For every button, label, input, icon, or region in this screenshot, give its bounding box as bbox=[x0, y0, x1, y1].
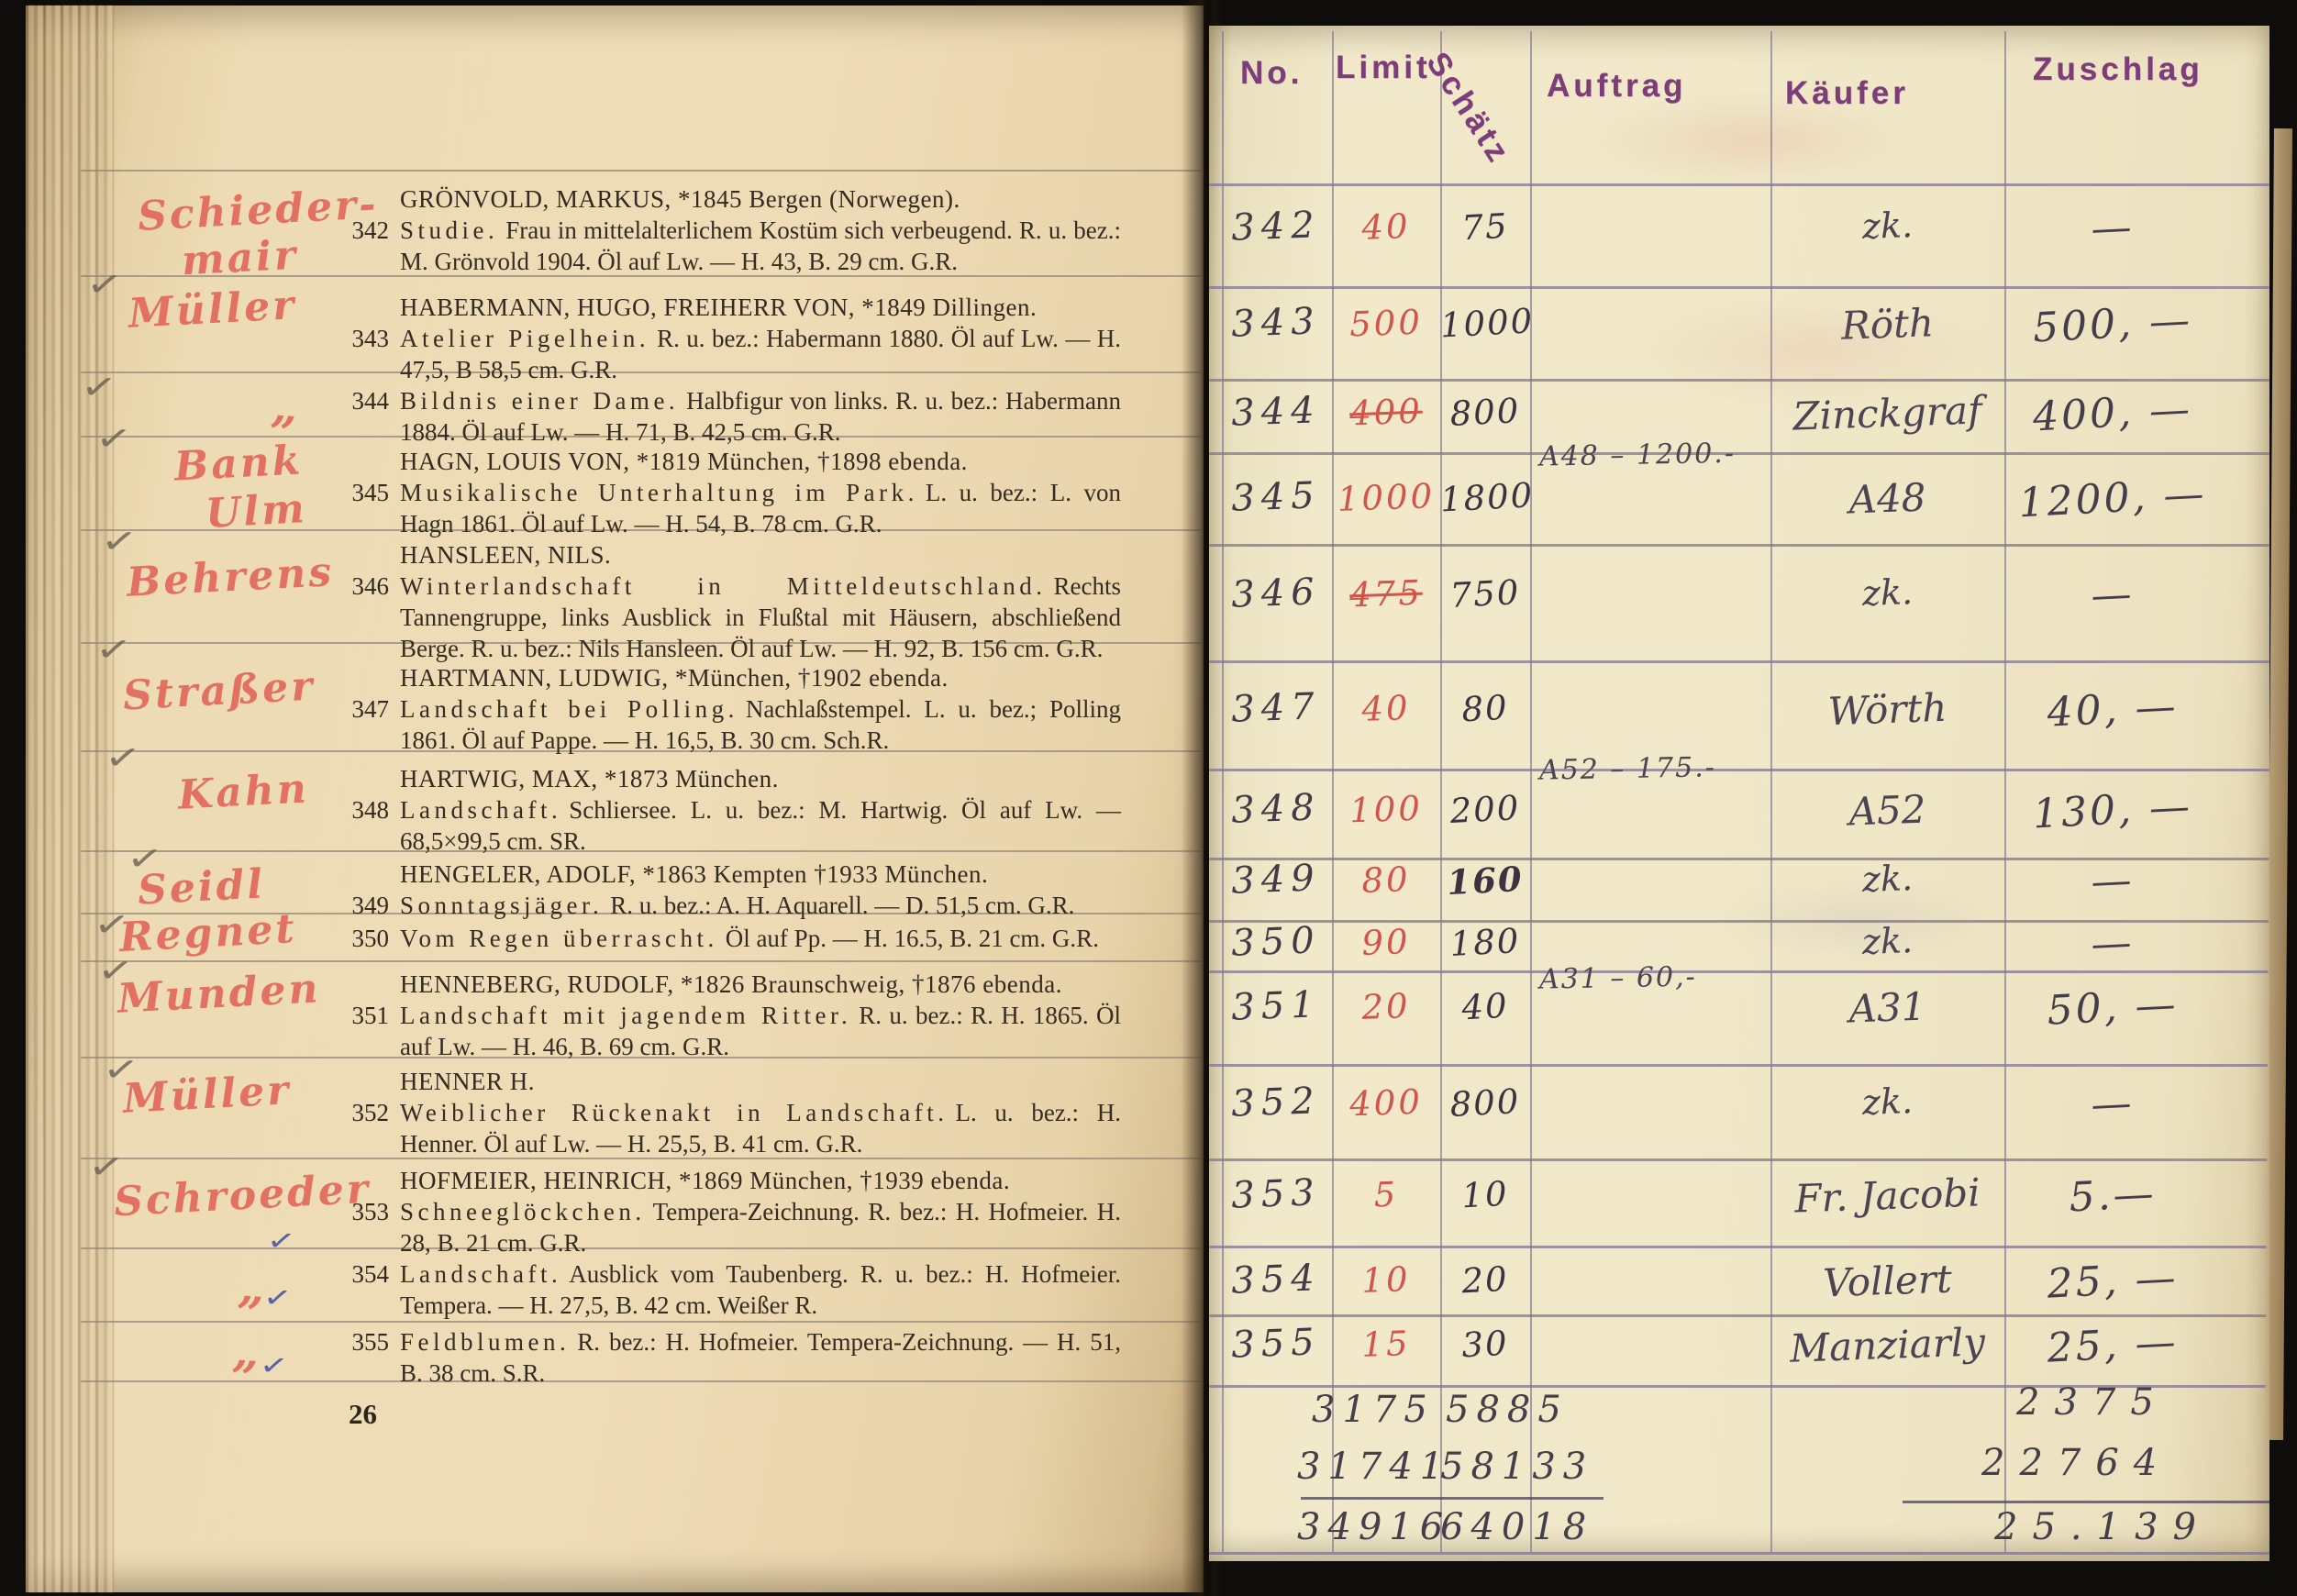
cell-limit: 20 bbox=[1331, 985, 1440, 1028]
margin-buyer-name: Straßer bbox=[122, 663, 316, 720]
cell-limit: 475 bbox=[1331, 572, 1440, 615]
margin-buyer-name: Ulm bbox=[205, 485, 308, 538]
entry-description: 345Musikalische Unterhaltung im Park.L. … bbox=[400, 477, 1121, 539]
catalog-entry: HARTWIG, MAX, *1873 München.348Landschaf… bbox=[400, 763, 1121, 857]
entry-details: Frau in mittelalterlichem Kostüm sich ve… bbox=[400, 216, 1121, 275]
entry-description: 352Weiblicher Rückenakt in Landschaft.L.… bbox=[400, 1097, 1121, 1159]
entry-title: Vom Regen überrascht. bbox=[400, 925, 718, 952]
cell-limit: 1000 bbox=[1331, 476, 1440, 519]
entry-description: 353Schneeglöckchen.Tempera-Zeichnung. R.… bbox=[400, 1196, 1121, 1258]
entry-artist-line: HENGELER, ADOLF, *1863 Kempten †1933 Mün… bbox=[400, 859, 1121, 890]
catalog-entry: HAGN, LOUIS VON, *1819 München, †1898 eb… bbox=[400, 446, 1121, 539]
grid-line-v bbox=[2004, 31, 2006, 1552]
grid-line-h bbox=[1209, 1552, 2269, 1555]
entry-title: Winterlandschaft in Mitteldeutschland. bbox=[400, 572, 1047, 600]
entry-lot-number: 350 bbox=[327, 923, 389, 954]
catalog-entry: 355Feldblumen.R. bez.: H. Hofmeier. Temp… bbox=[400, 1326, 1121, 1389]
cell-schatz: 10 bbox=[1439, 1172, 1531, 1216]
grid-line-h bbox=[1209, 1064, 2269, 1067]
entry-details: Öl auf Pp. — H. 16.5, B. 21 cm. G.R. bbox=[726, 925, 1099, 952]
cell-no: 353 bbox=[1221, 1171, 1331, 1217]
cell-no: 350 bbox=[1221, 919, 1331, 965]
cell-limit: 40 bbox=[1331, 687, 1440, 730]
cell-no: 347 bbox=[1221, 685, 1331, 731]
margin-buyer-name: Seidl bbox=[137, 860, 266, 914]
schatz-grand-total: 64018 bbox=[1440, 1506, 1593, 1548]
cell-schatz: 800 bbox=[1439, 1081, 1531, 1125]
cell-limit: 40 bbox=[1331, 205, 1440, 249]
margin-buyer-name: Regnet bbox=[118, 905, 298, 961]
limit-carryover: 31741 bbox=[1297, 1446, 1450, 1488]
zuschlag-subtotal: 2375 bbox=[2016, 1381, 2169, 1424]
grid-line-v bbox=[1530, 31, 1532, 1552]
column-header-zuschlag: Zuschlag bbox=[2033, 51, 2203, 88]
entry-artist-line: HABERMANN, HUGO, FREIHERR VON, *1849 Dil… bbox=[400, 292, 1121, 323]
cell-limit: 90 bbox=[1331, 921, 1440, 964]
bleed-through-stain bbox=[1723, 879, 1998, 961]
catalog-entry: HENNEBERG, RUDOLF, *1826 Braunschweig, †… bbox=[400, 969, 1121, 1062]
cell-no: 343 bbox=[1221, 300, 1331, 346]
catalog-entry: HANSLEEN, NILS.346Winterlandschaft in Mi… bbox=[400, 539, 1121, 664]
pencil-checkmark: ✓ bbox=[94, 416, 134, 461]
grid-line-h bbox=[1209, 1314, 2269, 1317]
entry-description: 355Feldblumen.R. bez.: H. Hofmeier. Temp… bbox=[400, 1326, 1121, 1389]
grid-line-h bbox=[1209, 1158, 2269, 1161]
entry-lot-number: 346 bbox=[327, 571, 389, 602]
ruled-line bbox=[81, 170, 1202, 172]
cell-no: 346 bbox=[1221, 571, 1331, 616]
margin-buyer-name: Müller bbox=[128, 282, 298, 338]
entry-lot-number: 349 bbox=[327, 890, 389, 921]
grid-line-h bbox=[1209, 286, 2269, 289]
entry-lot-number: 348 bbox=[327, 794, 389, 826]
grid-line-h bbox=[1209, 544, 2269, 547]
grid-line-h bbox=[1209, 183, 2269, 186]
limit-grand-total: 34916 bbox=[1297, 1506, 1450, 1548]
catalog-entry: HOFMEIER, HEINRICH, *1869 München, †1939… bbox=[400, 1165, 1121, 1258]
column-header-limit: Limit bbox=[1336, 50, 1431, 86]
cell-no: 342 bbox=[1221, 204, 1331, 249]
pencil-checkmark: ✓ bbox=[79, 365, 119, 410]
blue-checkmark: ✓ bbox=[258, 1348, 290, 1383]
cell-schatz: 30 bbox=[1439, 1322, 1531, 1366]
cell-schatz: 180 bbox=[1439, 920, 1531, 964]
entry-lot-number: 351 bbox=[327, 1000, 389, 1031]
entry-title: Sonntagsjäger. bbox=[400, 892, 603, 919]
cell-schatz: 75 bbox=[1439, 205, 1531, 249]
entry-title: Musikalische Unterhaltung im Park. bbox=[400, 479, 918, 506]
entry-description: 347Landschaft bei Polling.Nachlaßstempel… bbox=[400, 693, 1121, 756]
margin-buyer-name: „ bbox=[270, 379, 303, 435]
cell-schatz: 800 bbox=[1439, 390, 1531, 434]
entry-artist-line: HANSLEEN, NILS. bbox=[400, 539, 1121, 571]
cell-no: 349 bbox=[1221, 857, 1331, 903]
entry-lot-number: 343 bbox=[327, 323, 389, 354]
cell-limit: 15 bbox=[1331, 1323, 1440, 1366]
margin-buyer-name: Bank bbox=[173, 437, 305, 490]
entry-title: Landschaft bei Polling. bbox=[400, 695, 738, 723]
margin-buyer-name: mair bbox=[181, 232, 299, 285]
cell-no: 345 bbox=[1221, 474, 1331, 520]
cell-auftrag: A52 – 175.- bbox=[1539, 749, 1815, 786]
cell-schatz: 1800 bbox=[1439, 475, 1531, 519]
cell-limit: 500 bbox=[1331, 302, 1440, 345]
blue-checkmark: ✓ bbox=[261, 1280, 294, 1315]
column-header-auftrag: Auftrag bbox=[1547, 68, 1686, 105]
entry-artist-line: GRÖNVOLD, MARKUS, *1845 Bergen (Norwegen… bbox=[400, 183, 1121, 215]
zuschlag-carryover: 22764 bbox=[1981, 1442, 2171, 1484]
catalog-entry: 344Bildnis einer Dame.Halbfigur von link… bbox=[400, 385, 1121, 448]
entry-artist-line: HAGN, LOUIS VON, *1819 München, †1898 eb… bbox=[400, 446, 1121, 477]
catalog-entry: HARTMANN, LUDWIG, *München, †1902 ebenda… bbox=[400, 662, 1121, 756]
cell-no: 352 bbox=[1221, 1080, 1331, 1125]
left-catalog-page: GRÖNVOLD, MARKUS, *1845 Bergen (Norwegen… bbox=[26, 6, 1204, 1592]
entry-artist-line: HENNEBERG, RUDOLF, *1826 Braunschweig, †… bbox=[400, 969, 1121, 1000]
scanned-ledger-spread: GRÖNVOLD, MARKUS, *1845 Bergen (Norwegen… bbox=[0, 0, 2297, 1596]
pencil-checkmark: ✓ bbox=[84, 262, 125, 307]
zuschlag-grand-total: 25.139 bbox=[1994, 1506, 2211, 1548]
ruled-line bbox=[81, 960, 1202, 962]
entry-lot-number: 345 bbox=[327, 477, 389, 508]
schatz-carryover: 58133 bbox=[1440, 1446, 1593, 1488]
pencil-checkmark: ✓ bbox=[103, 736, 143, 781]
cell-limit: 10 bbox=[1331, 1258, 1440, 1302]
right-ledger-page: No. Limit Schätz Auftrag Käufer Zuschlag… bbox=[1209, 26, 2269, 1561]
cell-schatz: 160 bbox=[1439, 858, 1531, 903]
entry-artist-line: HENNER H. bbox=[400, 1066, 1121, 1097]
grid-line-h bbox=[1209, 1246, 2269, 1248]
cell-no: 348 bbox=[1221, 786, 1331, 832]
catalog-entry: GRÖNVOLD, MARKUS, *1845 Bergen (Norwegen… bbox=[400, 183, 1121, 277]
cell-limit: 400 bbox=[1331, 391, 1440, 434]
entry-title: Weiblicher Rückenakt in Landschaft. bbox=[400, 1099, 948, 1126]
entry-artist-line: HARTWIG, MAX, *1873 München. bbox=[400, 763, 1121, 794]
entry-description: 349Sonntagsjäger.R. u. bez.: A. H. Aquar… bbox=[400, 890, 1121, 921]
pencil-checkmark: ✓ bbox=[94, 627, 134, 672]
margin-buyer-name: Behrens bbox=[126, 549, 335, 606]
page-number: 26 bbox=[349, 1398, 377, 1431]
ruled-line bbox=[81, 1321, 1202, 1323]
entry-description: 348Landschaft.Schliersee. L. u. bez.: M.… bbox=[400, 794, 1121, 857]
entry-title: Landschaft mit jagendem Ritter. bbox=[400, 1002, 851, 1029]
catalog-entry: HABERMANN, HUGO, FREIHERR VON, *1849 Dil… bbox=[400, 292, 1121, 385]
blue-checkmark: ✓ bbox=[265, 1224, 297, 1258]
limit-subtotal: 3175 bbox=[1312, 1389, 1435, 1431]
cell-no: 355 bbox=[1221, 1321, 1331, 1367]
pencil-checkmark: ✓ bbox=[99, 519, 139, 564]
cell-no: 351 bbox=[1221, 983, 1331, 1029]
cell-schatz: 750 bbox=[1439, 571, 1531, 615]
entry-artist-line: HARTMANN, LUDWIG, *München, †1902 ebenda… bbox=[400, 662, 1121, 693]
entry-description: 342Studie.Frau in mittelalterlichem Kost… bbox=[400, 215, 1121, 277]
entry-description: 350Vom Regen überrascht.Öl auf Pp. — H. … bbox=[400, 923, 1121, 954]
entry-description: 344Bildnis einer Dame.Halbfigur von link… bbox=[400, 385, 1121, 448]
bleed-through-stain bbox=[1594, 99, 1906, 182]
cell-no: 344 bbox=[1221, 389, 1331, 435]
grid-line-h bbox=[1209, 660, 2269, 663]
entry-title: Feldblumen. bbox=[400, 1328, 570, 1356]
catalog-entry: 350Vom Regen überrascht.Öl auf Pp. — H. … bbox=[400, 923, 1121, 954]
entry-description: 354Landschaft.Ausblick vom Taubenberg. R… bbox=[400, 1258, 1121, 1321]
catalog-entry: 354Landschaft.Ausblick vom Taubenberg. R… bbox=[400, 1258, 1121, 1321]
entry-title: Landschaft. bbox=[400, 796, 561, 824]
margin-buyer-name: Kahn bbox=[177, 765, 310, 818]
column-header-no: No. bbox=[1240, 55, 1303, 92]
totals-sum-line-left bbox=[1301, 1497, 1603, 1500]
totals-sum-line-right bbox=[1903, 1501, 2269, 1503]
entry-description: 346Winterlandschaft in Mitteldeutschland… bbox=[400, 571, 1121, 664]
cell-schatz: 80 bbox=[1439, 686, 1531, 730]
entry-lot-number: 352 bbox=[327, 1097, 389, 1128]
entry-title: Studie. bbox=[400, 216, 498, 244]
cell-limit: 5 bbox=[1331, 1173, 1440, 1216]
cell-schatz: 20 bbox=[1439, 1258, 1531, 1302]
cell-limit: 100 bbox=[1331, 788, 1440, 831]
entry-description: 351Landschaft mit jagendem Ritter.R. u. … bbox=[400, 1000, 1121, 1062]
catalog-entry: HENGELER, ADOLF, *1863 Kempten †1933 Mün… bbox=[400, 859, 1121, 921]
cell-schatz: 1000 bbox=[1439, 301, 1531, 345]
book-spine-edges bbox=[26, 6, 114, 1592]
entry-title: Landschaft. bbox=[400, 1260, 561, 1288]
entry-title: Bildnis einer Dame. bbox=[400, 387, 679, 415]
entry-artist-line: HOFMEIER, HEINRICH, *1869 München, †1939… bbox=[400, 1165, 1121, 1196]
bleed-through-stain bbox=[1640, 301, 1989, 402]
schatz-subtotal: 5885 bbox=[1446, 1389, 1569, 1431]
entry-lot-number: 344 bbox=[327, 385, 389, 416]
margin-buyer-name: Munden bbox=[117, 965, 322, 1023]
margin-buyer-name: Müller bbox=[122, 1067, 293, 1123]
entry-description: 343Atelier Pigelhein.R. u. bez.: Haberma… bbox=[400, 323, 1121, 385]
entry-title: Schneeglöckchen. bbox=[400, 1198, 646, 1225]
entry-lot-number: 347 bbox=[327, 693, 389, 725]
cell-limit: 400 bbox=[1331, 1081, 1440, 1125]
entry-title: Atelier Pigelhein. bbox=[400, 325, 649, 352]
entry-lot-number: 355 bbox=[327, 1326, 389, 1358]
entry-details: R. u. bez.: A. H. Aquarell. — D. 51,5 cm… bbox=[610, 892, 1074, 919]
cell-schatz: 40 bbox=[1439, 984, 1531, 1028]
catalog-entry: HENNER H.352Weiblicher Rückenakt in Land… bbox=[400, 1066, 1121, 1159]
entry-lot-number: 354 bbox=[327, 1258, 389, 1290]
cell-auftrag: A48 – 1200.- bbox=[1539, 436, 1815, 472]
column-header-schatz: Schätz bbox=[1418, 46, 1517, 172]
cell-limit: 80 bbox=[1331, 859, 1440, 902]
cell-schatz: 200 bbox=[1439, 787, 1531, 831]
cell-no: 354 bbox=[1221, 1257, 1331, 1302]
